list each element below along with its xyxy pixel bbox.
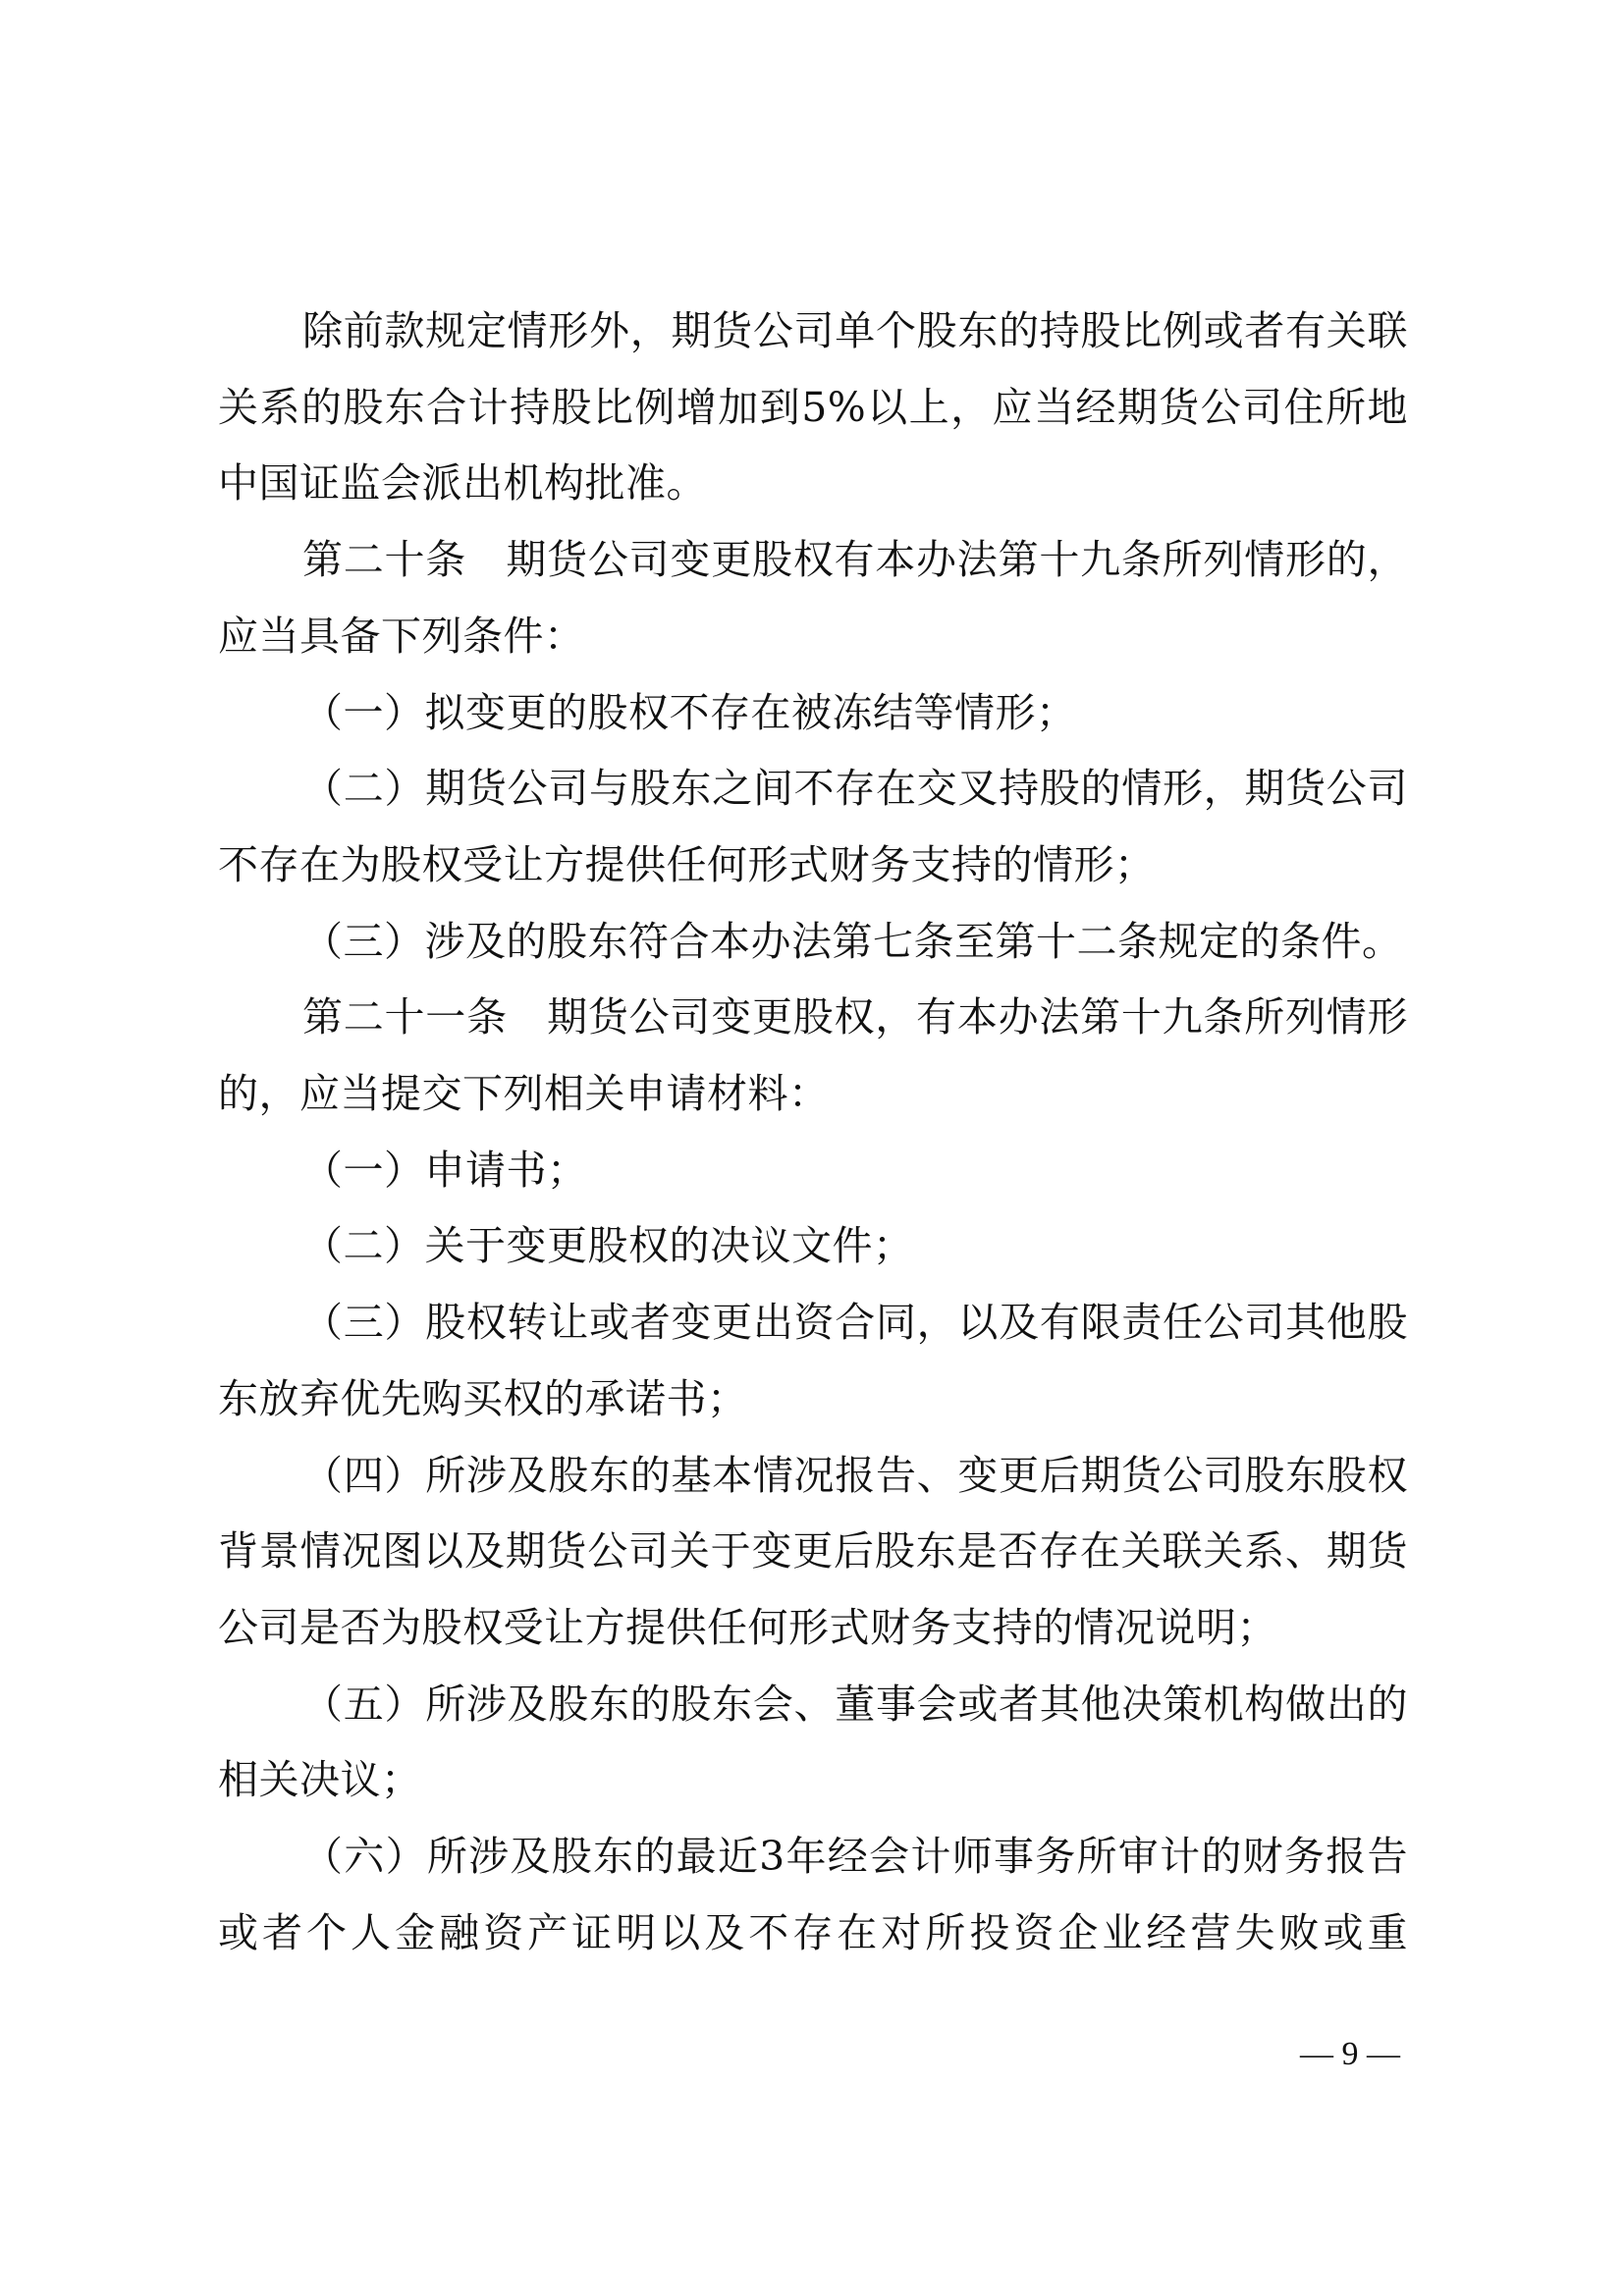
article-heading: 第二十条	[302, 536, 466, 583]
paragraph-shareholding-approval: 除前款规定情形外，期货公司单个股东的持股比例或者有关联关系的股东合计持股比例增加…	[218, 294, 1408, 522]
article-21-item-2: （二）关于变更股权的决议文件；	[218, 1208, 1408, 1285]
item-text: （一）拟变更的股权不存在被冻结等情形；	[302, 689, 1077, 736]
item-text: （二）期货公司与股东之间不存在交叉持股的情形，期货公司不存在为股权受让方提供任何…	[218, 765, 1408, 888]
item-text: （六）所涉及股东的最近3年经会计师事务所审计的财务报告或者个人金融资产证明以及不…	[218, 1833, 1408, 1956]
article-20-item-3: （三）涉及的股东符合本办法第七条至第十二条规定的条件。	[218, 904, 1408, 981]
item-text: （五）所涉及股东的股东会、董事会或者其他决策机构做出的相关决议；	[218, 1681, 1408, 1804]
item-text: （四）所涉及股东的基本情况报告、变更后期货公司股东股权背景情况图以及期货公司关于…	[218, 1452, 1408, 1651]
article-21: 第二十一条期货公司变更股权，有本办法第十九条所列情形的，应当提交下列相关申请材料…	[218, 980, 1408, 1132]
article-21-item-4: （四）所涉及股东的基本情况报告、变更后期货公司股东股权背景情况图以及期货公司关于…	[218, 1438, 1408, 1667]
article-heading: 第二十一条	[302, 993, 508, 1041]
item-text: （三）涉及的股东符合本办法第七条至第十二条规定的条件。	[302, 918, 1403, 965]
item-text: （二）关于变更股权的决议文件；	[302, 1222, 914, 1269]
article-21-item-1: （一）申请书；	[218, 1133, 1408, 1209]
article-21-item-3: （三）股权转让或者变更出资合同，以及有限责任公司其他股东放弃优先购买权的承诺书；	[218, 1285, 1408, 1437]
article-21-item-5: （五）所涉及股东的股东会、董事会或者其他决策机构做出的相关决议；	[218, 1667, 1408, 1819]
document-page: 除前款规定情形外，期货公司单个股东的持股比例或者有关联关系的股东合计持股比例增加…	[0, 0, 1624, 2296]
item-text: （三）股权转让或者变更出资合同，以及有限责任公司其他股东放弃优先购买权的承诺书；	[218, 1299, 1408, 1422]
article-20: 第二十条期货公司变更股权有本办法第十九条所列情形的，应当具备下列条件：	[218, 522, 1408, 674]
article-21-item-6: （六）所涉及股东的最近3年经会计师事务所审计的财务报告或者个人金融资产证明以及不…	[218, 1819, 1408, 1971]
paragraph-text: 除前款规定情形外，期货公司单个股东的持股比例或者有关联关系的股东合计持股比例增加…	[218, 307, 1408, 507]
item-text: （一）申请书；	[302, 1147, 588, 1194]
article-20-item-2: （二）期货公司与股东之间不存在交叉持股的情形，期货公司不存在为股权受让方提供任何…	[218, 751, 1408, 903]
document-body: 除前款规定情形外，期货公司单个股东的持股比例或者有关联关系的股东合计持股比例增加…	[218, 294, 1408, 1971]
page-number: — 9 —	[1286, 2036, 1414, 2073]
article-20-item-1: （一）拟变更的股权不存在被冻结等情形；	[218, 675, 1408, 752]
